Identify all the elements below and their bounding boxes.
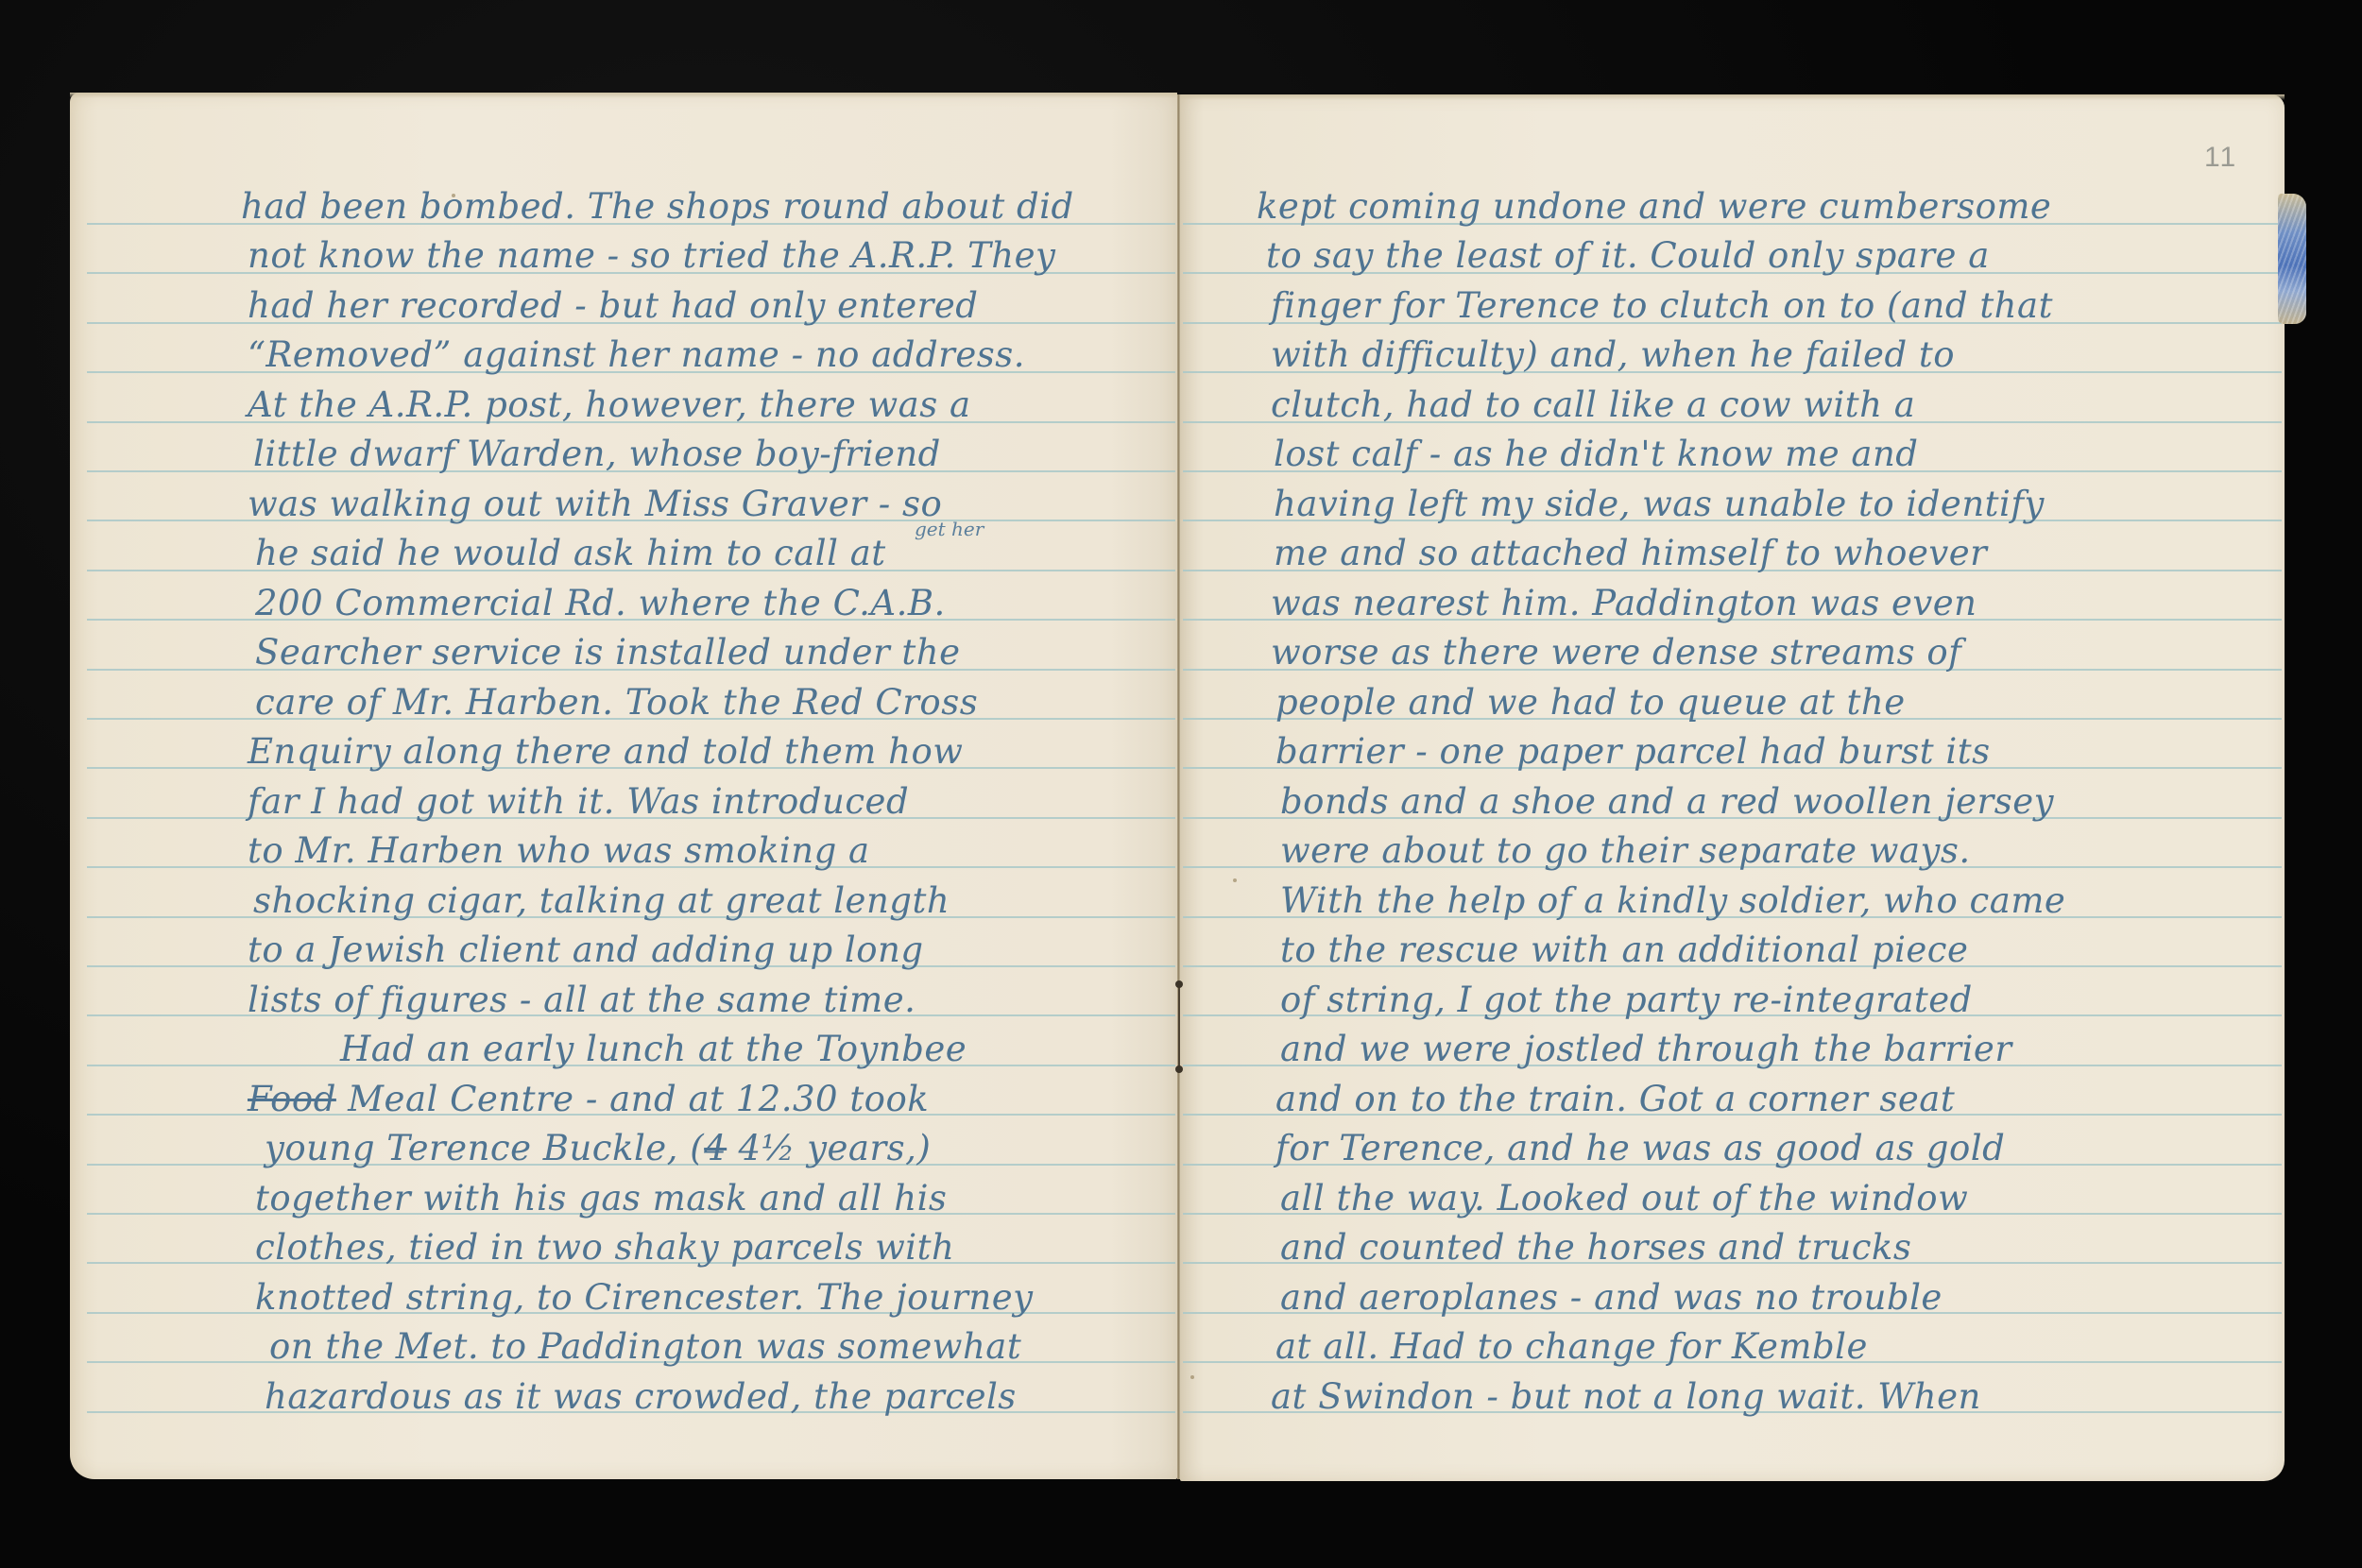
text-line: and we were jostled through the barrier (1280, 1031, 2012, 1066)
staple-stitch (1178, 982, 1180, 1069)
text-line: was nearest him. Paddington was even (1271, 586, 1977, 621)
text-line: had been bombed. The shops round about d… (241, 189, 1074, 224)
text-line: people and we had to queue at the (1275, 685, 1906, 720)
text-line: At the A.R.P. post, however, there was a (248, 387, 971, 422)
text-line: to Mr. Harben who was smoking a (248, 833, 870, 868)
text-line: worse as there were dense streams of (1271, 635, 1961, 670)
text-line: clutch, had to call like a cow with a (1271, 387, 1915, 422)
text-line: and counted the horses and trucks (1280, 1230, 1911, 1265)
left-page-top-edge (70, 93, 1177, 98)
text-line: and on to the train. Got a corner seat (1275, 1082, 1955, 1116)
text-line: to say the least of it. Could only spare… (1266, 238, 1990, 273)
staple-bottom (1175, 1065, 1183, 1073)
paper-speck (1190, 1375, 1194, 1379)
text-line: together with his gas mask and all his (255, 1181, 947, 1216)
notebook-spine (1177, 94, 1180, 1479)
text-line: barrier - one paper parcel had burst its (1275, 734, 1991, 769)
staple-top (1175, 980, 1183, 988)
line-text-tail: 4½ years,) (727, 1128, 931, 1168)
struck-word: 4 (704, 1128, 727, 1168)
line-text: young Terence Buckle, ( (265, 1128, 704, 1168)
line-text: Meal Centre - and at 12.30 took (348, 1079, 929, 1119)
page-number: 11 (2204, 142, 2237, 174)
text-line: With the help of a kindly soldier, who c… (1280, 883, 2065, 918)
text-line: knotted string, to Cirencester. The jour… (255, 1280, 1034, 1315)
text-line: Food Meal Centre - and at 12.30 took (248, 1082, 929, 1116)
text-line: was walking out with Miss Graver - so (248, 486, 942, 521)
text-line: shocking cigar, talking at great length (253, 883, 950, 918)
insertion-text: get her (915, 518, 984, 540)
text-line: all the way. Looked out of the window (1280, 1181, 1968, 1216)
text-line: to the rescue with an additional piece (1280, 932, 1968, 967)
text-line: with difficulty) and, when he failed to (1271, 337, 1955, 372)
text-line: of string, I got the party re-integrated (1280, 982, 1973, 1017)
text-line: were about to go their separate ways. (1280, 833, 1971, 868)
text-line: clothes, tied in two shaky parcels with (255, 1230, 954, 1265)
text-line: “Removed” against her name - no address. (248, 337, 1025, 372)
text-line: for Terence, and he was as good as gold (1275, 1131, 2005, 1166)
text-line: at Swindon - but not a long wait. When (1271, 1379, 1981, 1414)
text-line: not know the name - so tried the A.R.P. … (248, 238, 1055, 273)
text-line: bonds and a shoe and a red woollen jerse… (1280, 784, 2054, 819)
text-line: and aeroplanes - and was no trouble (1280, 1280, 1943, 1315)
text-line: he said he would ask him to call at (255, 536, 886, 571)
struck-word: Food (248, 1079, 336, 1119)
text-line: young Terence Buckle, (4 4½ years,) (265, 1131, 931, 1166)
text-line: lists of figures - all at the same time. (248, 982, 916, 1017)
text-line: Searcher service is installed under the (255, 635, 961, 670)
text-line: had her recorded - but had only entered (248, 288, 978, 323)
text-line: on the Met. to Paddington was somewhat (269, 1329, 1021, 1364)
text-line: me and so attached himself to whoever (1274, 536, 1987, 571)
torn-paper-tab (2278, 194, 2306, 324)
text-line: little dwarf Warden, whose boy-friend (253, 436, 941, 471)
text-line: finger for Terence to clutch on to (and … (1271, 288, 2053, 323)
text-line: 200 Commercial Rd. where the C.A.B. (255, 586, 946, 621)
text-line: Enquiry along there and told them how (248, 734, 963, 769)
paper-speck (1233, 878, 1237, 882)
text-line: at all. Had to change for Kemble (1275, 1329, 1868, 1364)
text-line: lost calf - as he didn't know me and (1274, 436, 1918, 471)
text-line: having left my side, was unable to ident… (1274, 486, 2045, 521)
text-line: Had an early lunch at the Toynbee (340, 1031, 967, 1066)
text-line: care of Mr. Harben. Took the Red Cross (255, 685, 978, 720)
text-line: far I had got with it. Was introduced (248, 784, 909, 819)
text-line: hazardous as it was crowded, the parcels (265, 1379, 1017, 1414)
text-line: kept coming undone and were cumbersome (1257, 189, 2051, 224)
text-line: to a Jewish client and adding up long (248, 932, 924, 967)
right-page-top-edge (1180, 94, 2285, 100)
